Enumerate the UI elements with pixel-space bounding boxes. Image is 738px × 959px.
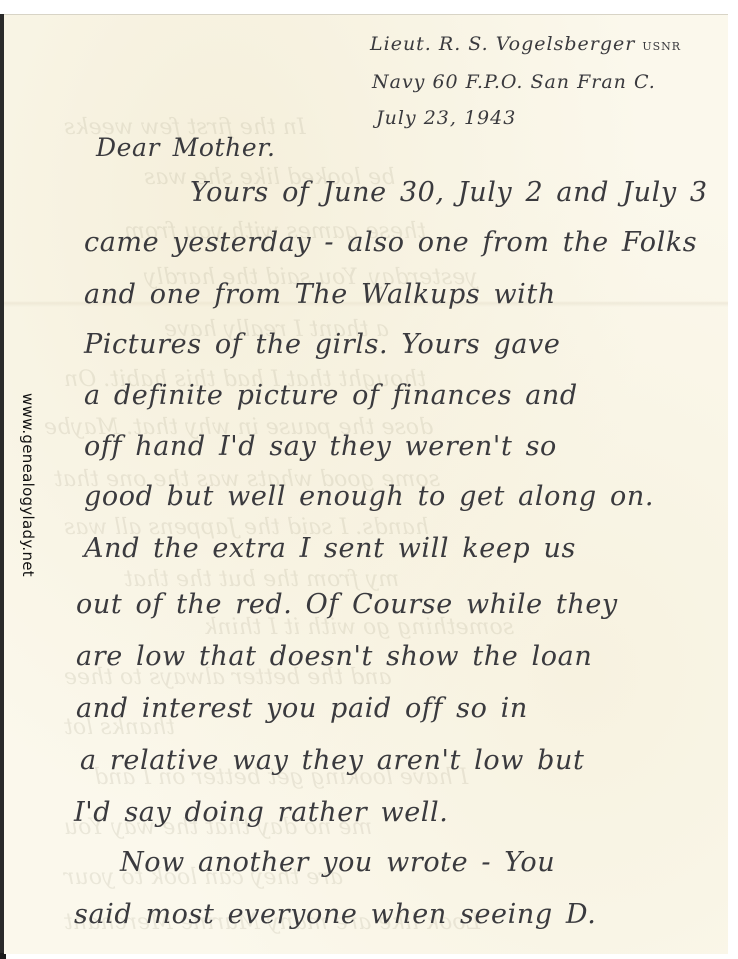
body-line: out of the red. Of Course while they xyxy=(76,589,618,620)
body-line: off hand I'd say they weren't so xyxy=(84,431,557,462)
body-line: I'd say doing rather well. xyxy=(74,797,448,828)
body-line: a definite picture of finances and xyxy=(84,380,578,411)
body-line: and one from The Walkups with xyxy=(84,279,556,310)
watermark-text: www.genealogylady.net xyxy=(19,393,37,577)
body-line: came yesterday - also one from the Folks xyxy=(84,227,697,258)
body-line: said most everyone when seeing D. xyxy=(74,899,596,930)
body-line: Now another you wrote - You xyxy=(120,847,555,878)
sender-name: Lieut. R. S. Vogelsberger USNR xyxy=(370,33,681,55)
body-line: Pictures of the girls. Yours gave xyxy=(84,329,560,360)
body-line: Yours of June 30, July 2 and July 3 xyxy=(190,177,708,208)
body-line: are low that doesn't show the loan xyxy=(76,641,592,672)
body-line: a relative way they aren't low but xyxy=(80,745,584,776)
sender-name-text: Lieut. R. S. Vogelsberger xyxy=(370,33,635,55)
salutation: Dear Mother. xyxy=(96,133,276,162)
letter-page: In the first few weeks be looked like sh… xyxy=(4,14,728,954)
body-line: And the extra I sent will keep us xyxy=(84,533,576,564)
body-line: good but well enough to get along on. xyxy=(84,481,654,512)
watermark: www.genealogylady.net xyxy=(16,375,40,595)
sender-address: Navy 60 F.P.O. San Fran C. xyxy=(372,71,656,93)
body-line: and interest you paid off so in xyxy=(76,693,528,724)
letter-date: July 23, 1943 xyxy=(376,107,516,129)
sender-suffix: USNR xyxy=(642,40,681,53)
